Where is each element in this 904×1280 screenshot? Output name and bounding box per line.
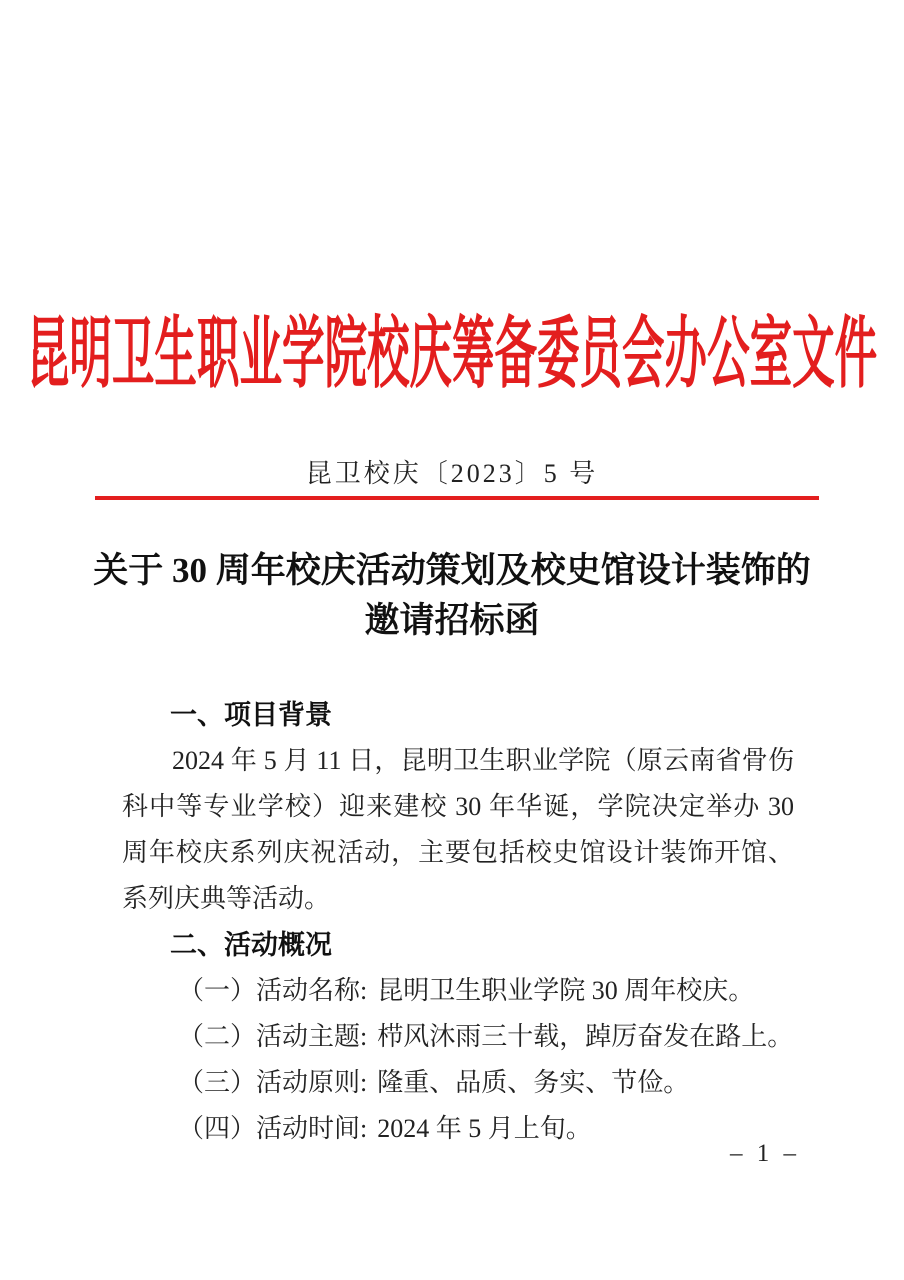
list-item-activity-principle: （三）活动原则:隆重、品质、务实、节俭。 xyxy=(122,1060,794,1106)
document-title-line-2: 邀请招标函 xyxy=(0,596,904,646)
document-number: 昆卫校庆〔2023〕5 号 xyxy=(0,453,904,490)
background-paragraph: 2024 年 5 月 11 日，昆明卫生职业学院（原云南省骨伤科中等专业学校）迎… xyxy=(122,738,794,922)
list-item-activity-name: （一）活动名称:昆明卫生职业学院 30 周年校庆。 xyxy=(122,968,794,1014)
letterhead-title: 昆明卫生职业学院校庆筹备委员会办公室文件 xyxy=(27,315,877,393)
section-heading-project-background: 一、项目背景 xyxy=(122,692,794,738)
item-label: （二）活动主题: xyxy=(178,1022,367,1051)
item-label: （三）活动原则: xyxy=(178,1068,367,1097)
list-item-activity-time: （四）活动时间:2024 年 5 月上旬。 xyxy=(122,1106,794,1152)
item-text: 隆重、品质、务实、节俭。 xyxy=(377,1068,689,1097)
item-label: （一）活动名称: xyxy=(178,976,367,1005)
document-page: 昆明卫生职业学院校庆筹备委员会办公室文件 昆卫校庆〔2023〕5 号 关于 30… xyxy=(0,0,904,1280)
red-letterhead: 昆明卫生职业学院校庆筹备委员会办公室文件 xyxy=(0,304,904,404)
list-item-activity-theme: （二）活动主题:栉风沐雨三十载，踔厉奋发在路上。 xyxy=(122,1014,794,1060)
item-text: 昆明卫生职业学院 30 周年校庆。 xyxy=(377,976,754,1005)
page-number: – 1 – xyxy=(730,1140,800,1168)
section-heading-activity-overview: 二、活动概况 xyxy=(122,922,794,968)
document-title: 关于 30 周年校庆活动策划及校史馆设计装饰的 邀请招标函 xyxy=(0,546,904,646)
red-divider-line xyxy=(95,496,819,500)
document-title-line-1: 关于 30 周年校庆活动策划及校史馆设计装饰的 xyxy=(0,546,904,596)
item-text: 栉风沐雨三十载，踔厉奋发在路上。 xyxy=(377,1022,793,1051)
item-text: 2024 年 5 月上旬。 xyxy=(377,1114,592,1143)
document-body: 一、项目背景 2024 年 5 月 11 日，昆明卫生职业学院（原云南省骨伤科中… xyxy=(122,692,794,1152)
item-label: （四）活动时间: xyxy=(178,1114,367,1143)
